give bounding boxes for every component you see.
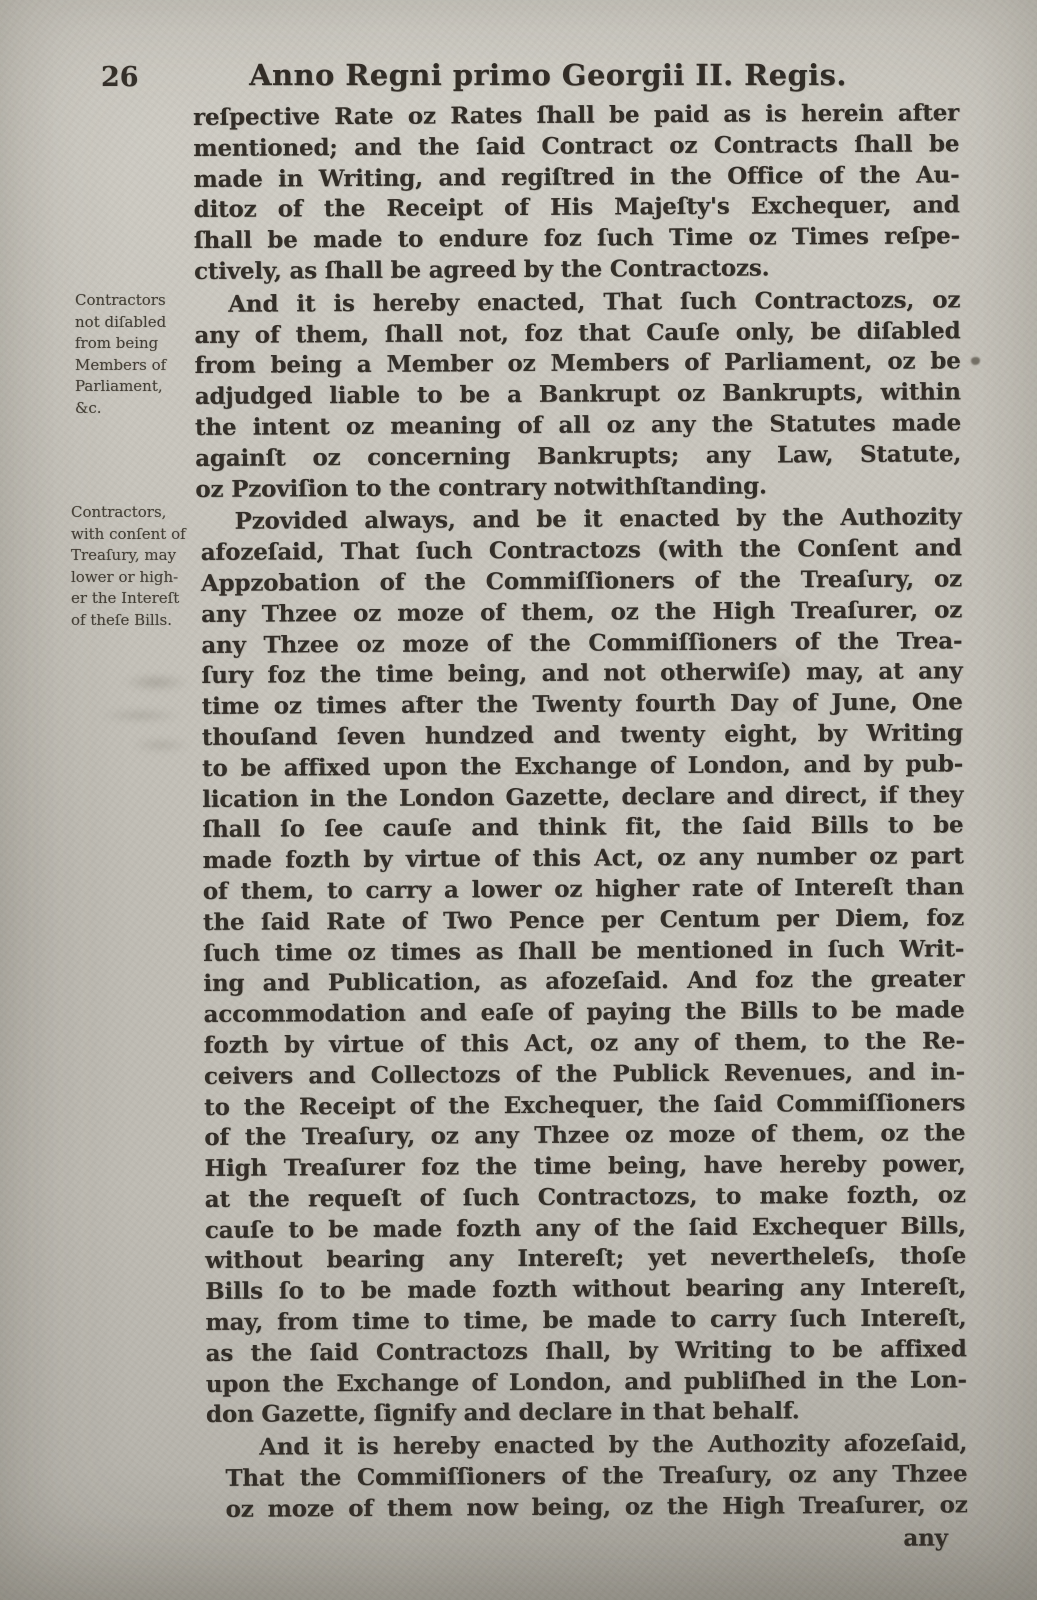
- text-line: ſhall ſo ſee cauſe and think fit, the ſa…: [202, 811, 963, 846]
- text-line: oz Pzoviſion to the contrary notwithſtan…: [195, 470, 961, 505]
- text-line: ceivers and Collectozs of the Publick Re…: [204, 1057, 965, 1092]
- text-line: ditoz of the Receipt of His Majeſty's Ex…: [194, 191, 960, 226]
- margin-note-line: Contractors: [75, 290, 209, 312]
- text-line: afozeſaid, That ſuch Contractozs (with t…: [201, 533, 962, 568]
- text-line: And it is hereby enacted, That ſuch Cont…: [194, 285, 960, 320]
- running-head: Anno Regni primo Georgii II. Regis.: [193, 58, 959, 92]
- text-line: accommodation and eaſe of paying the Bil…: [203, 995, 964, 1030]
- text-line: High Treaſurer foz the time being, have …: [204, 1149, 965, 1184]
- text-line: don Gazette, ſignify and declare in that…: [206, 1396, 967, 1431]
- text-line: ctively, as ſhall be agreed by the Contr…: [194, 252, 960, 287]
- text-line: ſuch time oz times as ſhall be mentioned…: [203, 934, 964, 969]
- text-line: made fozth by virtue of this Act, oz any…: [203, 841, 964, 876]
- catchword: any: [202, 1523, 968, 1558]
- scanned-document-page: 26 Anno Regni primo Georgii II. Regis. C…: [0, 0, 1037, 1600]
- margin-note-line: Members of: [75, 355, 209, 377]
- margin-note-contractors-consent-treasury: Contractors,with conſent ofTreaſury, may…: [71, 502, 205, 631]
- text-line: mentioned; and the ſaid Contract oz Cont…: [193, 129, 959, 164]
- paragraph: And it is hereby enacted by the Authozit…: [201, 1429, 968, 1526]
- text-line: any Thzee oz moze of the Commiſſioners o…: [201, 626, 962, 661]
- text-line: lication in the London Gazette, declare …: [202, 780, 963, 815]
- text-line: made in Writing, and regiſtred in the Of…: [193, 160, 959, 195]
- paragraph: Pzovided always, and be it enacted by th…: [195, 503, 967, 1432]
- text-line: And it is hereby enacted by the Authozit…: [225, 1429, 967, 1464]
- margin-note-line: with conſent of: [71, 524, 205, 546]
- margin-note-line: er the Intereſt: [71, 588, 205, 610]
- text-line: may, from time to time, be made to carry…: [205, 1303, 966, 1338]
- margin-note-line: Treaſury, may: [71, 545, 205, 567]
- text-line: ſhall be made to endure foz ſuch Time oz…: [194, 222, 960, 257]
- margin-note-line: &c.: [75, 398, 209, 420]
- text-line: Bills ſo to be made fozth without bearin…: [205, 1273, 966, 1308]
- margin-note-line: Parliament,: [75, 376, 209, 398]
- text-line: cauſe to be made fozth any of the ſaid E…: [205, 1211, 966, 1246]
- margin-note-line: of theſe Bills.: [71, 610, 205, 632]
- text-line: any of them, ſhall not, foz that Cauſe o…: [194, 316, 960, 351]
- margin-note-line: Contractors,: [71, 502, 205, 524]
- text-line: oz moze of them now being, oz the High T…: [226, 1490, 968, 1525]
- text-line: fozth by virtue of this Act, oz any of t…: [204, 1026, 965, 1061]
- text-line: to the Receipt of the Exchequer, the ſai…: [204, 1088, 965, 1123]
- text-line: of the Treaſury, oz any Thzee oz moze of…: [204, 1119, 965, 1154]
- paragraph: And it is hereby enacted, That ſuch Cont…: [194, 285, 961, 505]
- text-line: of them, to carry a lower oz higher rate…: [203, 872, 964, 907]
- paragraph: reſpective Rate oz Rates ſhall be paid a…: [193, 98, 960, 287]
- text-line: to be affixed upon the Exchange of Londo…: [202, 749, 963, 784]
- ink-speck: [971, 357, 980, 365]
- text-line: as the ſaid Contractozs ſhall, by Writin…: [206, 1334, 967, 1369]
- text-line: againſt oz concerning Bankrupts; any Law…: [195, 439, 961, 474]
- text-line: Pzovided always, and be it enacted by th…: [200, 503, 961, 538]
- text-line: adjudged liable to be a Bankrupt oz Bank…: [195, 377, 961, 412]
- text-line: the intent oz meaning of all oz any the …: [195, 408, 961, 443]
- page-number: 26: [101, 62, 139, 93]
- text-line: That the Commiſſioners of the Treaſury, …: [225, 1459, 967, 1494]
- margin-note-line: from being: [75, 333, 209, 355]
- body-text: reſpective Rate oz Rates ſhall be paid a…: [193, 98, 968, 1558]
- text-line: without bearing any Intereſt; yet nevert…: [205, 1242, 966, 1277]
- text-line: upon the Exchange of London, and publiſh…: [206, 1365, 967, 1400]
- text-line: ing and Publication, as afozeſaid. And f…: [203, 965, 964, 1000]
- margin-note-line: not diſabled: [75, 312, 209, 334]
- text-line: time oz times after the Twenty fourth Da…: [202, 687, 963, 722]
- margin-note-line: lower or high-: [71, 567, 205, 589]
- text-line: thouſand ſeven hundzed and twenty eight,…: [202, 718, 963, 753]
- text-line: the ſaid Rate of Two Pence per Centum pe…: [203, 903, 964, 938]
- text-line: any Thzee oz moze of them, oz the High T…: [201, 595, 962, 630]
- text-line: Appzobation of the Commiſſioners of the …: [201, 564, 962, 599]
- text-line: from being a Member oz Members of Parlia…: [195, 347, 961, 382]
- text-line: at the requeſt of ſuch Contractozs, to m…: [205, 1180, 966, 1215]
- text-line: reſpective Rate oz Rates ſhall be paid a…: [193, 98, 959, 133]
- margin-note-contractors-not-disabled: Contractorsnot diſabledfrom beingMembers…: [75, 290, 209, 419]
- show-through-smudge: [96, 655, 196, 765]
- text-line: ſury foz the time being, and not otherwi…: [201, 657, 962, 692]
